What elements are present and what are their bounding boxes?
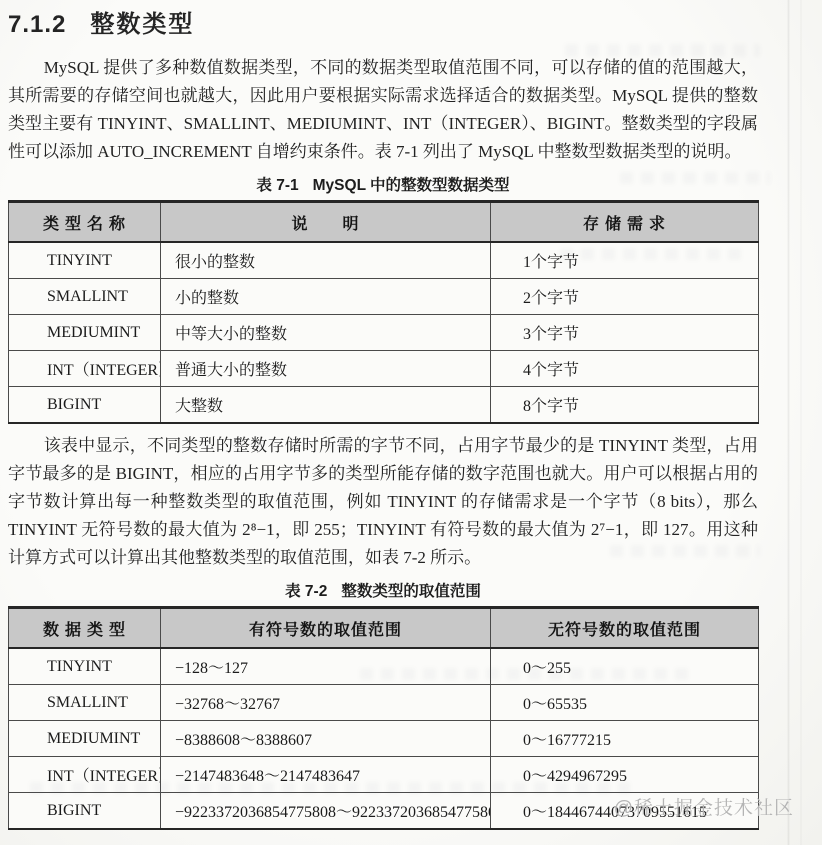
table-cell: MEDIUMINT [9, 315, 161, 351]
paragraph-ranges: 该表中显示，不同类型的整数存储时所需的字节不同，占用字节最少的是 TINYINT… [8, 432, 758, 572]
table-cell: MEDIUMINT [9, 721, 161, 757]
table-row: TINYINT很小的整数1个字节 [9, 242, 759, 279]
table-header-row: 类 型 名 称 说 明 存 储 需 求 [9, 202, 759, 243]
section-number: 7.1.2 [8, 11, 66, 38]
table2-caption-label: 表 7-2 [285, 583, 327, 600]
page-content: 7.1.2整数类型 MySQL 提供了多种数值数据类型，不同的数据类型取值范围不… [8, 0, 758, 830]
scan-edge-line [787, 0, 790, 845]
table-row: MEDIUMINT中等大小的整数3个字节 [9, 315, 759, 351]
table-row: MEDIUMINT−8388608～83886070～16777215 [9, 721, 759, 757]
scan-edge-line [800, 0, 802, 845]
table-cell: 大整数 [161, 387, 491, 424]
table-cell: −128～127 [161, 648, 491, 685]
table-cell: INT（INTEGER） [9, 757, 161, 793]
table-row: INT（INTEGER）普通大小的整数4个字节 [9, 351, 759, 387]
table-cell: −8388608～8388607 [161, 721, 491, 757]
table2-caption-title: 整数类型的取值范围 [341, 583, 481, 600]
table1-caption: 表 7-1MySQL 中的整数型数据类型 [8, 176, 758, 196]
table-cell: 1个字节 [491, 242, 759, 279]
table1-caption-title: MySQL 中的整数型数据类型 [313, 177, 510, 194]
table-cell: 0～4294967295 [491, 757, 759, 793]
table-row: BIGINT大整数8个字节 [9, 387, 759, 424]
table-cell: 3个字节 [491, 315, 759, 351]
table-cell: 0～255 [491, 648, 759, 685]
watermark-text: @稀土掘金技术社区 [614, 793, 794, 820]
table-cell: −32768～32767 [161, 685, 491, 721]
table-integer-types: 类 型 名 称 说 明 存 储 需 求 TINYINT很小的整数1个字节SMAL… [8, 200, 759, 424]
table-row: SMALLINT−32768～327670～65535 [9, 685, 759, 721]
table-cell: 2个字节 [491, 279, 759, 315]
table1-header-type: 类 型 名 称 [9, 202, 161, 243]
table-cell: 4个字节 [491, 351, 759, 387]
table2-header-unsigned: 无符号数的取值范围 [491, 608, 759, 649]
table2-header-signed: 有符号数的取值范围 [161, 608, 491, 649]
table-cell: INT（INTEGER） [9, 351, 161, 387]
paragraph-intro: MySQL 提供了多种数值数据类型，不同的数据类型取值范围不同，可以存储的值的范… [8, 54, 758, 166]
table-row: INT（INTEGER）−2147483648～21474836470～4294… [9, 757, 759, 793]
section-heading: 7.1.2整数类型 [8, 8, 758, 42]
table2-caption: 表 7-2整数类型的取值范围 [8, 582, 758, 602]
table2-header-type: 数 据 类 型 [9, 608, 161, 649]
table-cell: TINYINT [9, 648, 161, 685]
table1-header-description: 说 明 [161, 202, 491, 243]
table-cell: −9223372036854775808～9223372036854775807 [161, 793, 491, 830]
table-header-row: 数 据 类 型 有符号数的取值范围 无符号数的取值范围 [9, 608, 759, 649]
table-cell: TINYINT [9, 242, 161, 279]
section-title: 整数类型 [90, 11, 194, 38]
table-cell: 普通大小的整数 [161, 351, 491, 387]
table1-caption-label: 表 7-1 [256, 177, 298, 194]
table-cell: 小的整数 [161, 279, 491, 315]
table-cell: 8个字节 [491, 387, 759, 424]
table-cell: 0～65535 [491, 685, 759, 721]
table-cell: BIGINT [9, 387, 161, 424]
table-cell: 0～16777215 [491, 721, 759, 757]
table-row: TINYINT−128～1270～255 [9, 648, 759, 685]
table1-header-storage: 存 储 需 求 [491, 202, 759, 243]
table-cell: 中等大小的整数 [161, 315, 491, 351]
table-cell: −2147483648～2147483647 [161, 757, 491, 793]
table-row: SMALLINT小的整数2个字节 [9, 279, 759, 315]
table-cell: BIGINT [9, 793, 161, 830]
table-cell: SMALLINT [9, 279, 161, 315]
table-cell: 很小的整数 [161, 242, 491, 279]
table-cell: SMALLINT [9, 685, 161, 721]
book-page: 7.1.2整数类型 MySQL 提供了多种数值数据类型，不同的数据类型取值范围不… [0, 0, 822, 845]
